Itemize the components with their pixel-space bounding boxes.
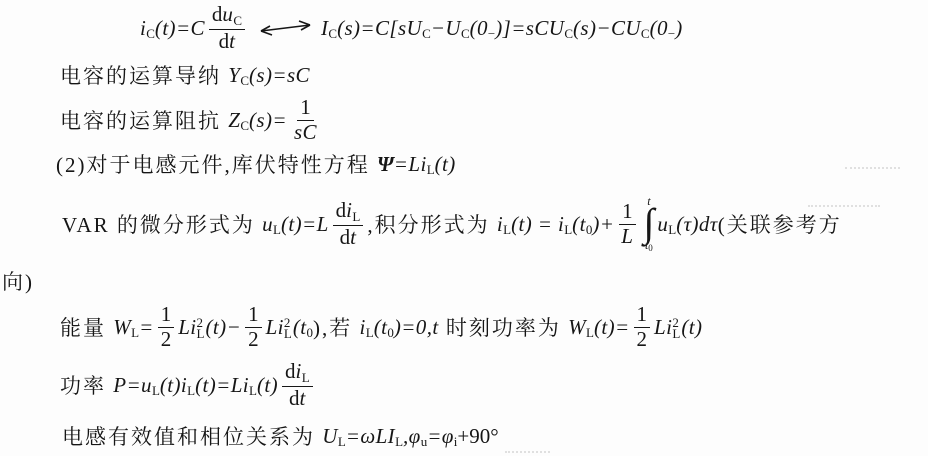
- subscript: L: [352, 209, 360, 224]
- math-token: +90°: [457, 424, 498, 449]
- text-line-inductor-energy: 能量 WL= 1 2 Li2L(t)− 1 2 Li2L(t0),若 iL(t0…: [60, 303, 702, 351]
- math-token: =Li: [394, 152, 427, 177]
- math-token: t: [350, 225, 356, 249]
- math-token: 1: [248, 302, 259, 326]
- math-token: (t)i: [160, 373, 187, 398]
- math-token: (t)=L: [281, 212, 329, 237]
- math-token: u: [657, 212, 668, 237]
- chinese-text: (关联参考方: [718, 209, 842, 239]
- chinese-text: 功率: [60, 370, 113, 400]
- math-token: (0: [470, 16, 488, 41]
- math-token: d: [219, 29, 230, 53]
- fraction-1-L: 1 L: [618, 200, 636, 247]
- subscript: L: [668, 222, 676, 238]
- math-token: Li: [178, 315, 196, 340]
- math-token: )+: [592, 212, 614, 237]
- math-token: d: [340, 225, 351, 249]
- math-token: 2: [161, 327, 172, 351]
- text-line-inductor-power: 功率 P=uL(t)iL(t)=LiL(t) diL dt: [60, 359, 317, 411]
- psi-symbol: Ψ: [377, 152, 394, 177]
- math-token: t: [229, 29, 235, 53]
- math-token: Z: [228, 108, 240, 133]
- subscript-minus: −: [488, 26, 495, 42]
- chinese-text: 向): [2, 266, 34, 296]
- math-token: d: [212, 2, 223, 26]
- transform-pair-arrow-icon: [257, 20, 313, 36]
- math-token: P=u: [113, 373, 152, 398]
- math-token: ,φ: [403, 424, 421, 449]
- math-token: (s)=C[sU: [337, 16, 422, 41]
- math-token: 1: [637, 302, 648, 326]
- math-token: (s)=: [249, 108, 287, 133]
- subscript: C: [240, 118, 249, 134]
- fraction-half: 1 2: [634, 303, 651, 350]
- subscript: C: [422, 26, 431, 42]
- scan-artifact: [505, 451, 550, 453]
- chinese-text: (2)对于电感元件,库伏特性方程: [56, 149, 377, 179]
- math-token: (t)=Li: [195, 373, 249, 398]
- subscript: C: [564, 26, 573, 42]
- math-token: (t)=C: [155, 16, 205, 41]
- subscript: C: [146, 26, 155, 42]
- integral-lower-limit: t0: [645, 239, 653, 253]
- scanned-textbook-page: { "colors": { "text": "#161616", "backgr…: [0, 0, 928, 456]
- math-token: t: [299, 386, 305, 410]
- math-token: d: [285, 359, 296, 383]
- fraction-half: 1 2: [245, 303, 262, 350]
- math-token: =: [139, 315, 154, 340]
- math-token: d: [289, 386, 300, 410]
- math-token: (0: [650, 16, 668, 41]
- math-token: d: [336, 198, 347, 222]
- math-token: U: [322, 424, 338, 449]
- fraction-1-sc: 1 sC: [291, 96, 320, 143]
- math-token: (τ)dτ: [676, 212, 718, 237]
- chinese-text: 电容的运算导纳: [60, 60, 228, 90]
- subscript: L: [302, 370, 310, 385]
- math-token: (t) = i: [511, 212, 564, 237]
- math-token: I: [321, 16, 328, 41]
- subscript: C: [233, 13, 242, 28]
- subscript: i: [454, 434, 458, 450]
- subscript: L: [273, 222, 281, 238]
- integral-with-limits: t ∫ t0: [643, 195, 654, 253]
- formula-line-capacitor-laplace: iC(t)=C duC dt IC(s)=C[sUC−UC(0−)]=sCUC(…: [140, 4, 683, 52]
- subscript-zero: 0: [387, 325, 394, 341]
- text-line-capacitor-admittance: 电容的运算导纳 YC(s)=sC: [60, 60, 310, 90]
- math-token: =φ: [427, 424, 454, 449]
- squared-sub-L: 2L: [197, 317, 205, 339]
- subscript: C: [328, 26, 337, 42]
- subscript: C: [641, 26, 650, 42]
- math-token: (t: [572, 212, 586, 237]
- subscript: L: [152, 383, 160, 399]
- math-token: 1: [622, 199, 633, 223]
- fraction-dil-dt: diL dt: [333, 199, 364, 248]
- chinese-text: VAR 的微分形式为: [62, 209, 262, 239]
- subscript: C: [240, 73, 249, 89]
- math-token: )]=sCU: [495, 16, 564, 41]
- scan-artifact: [845, 167, 900, 169]
- squared-sub-L: 2L: [672, 317, 680, 339]
- math-token: Li: [266, 315, 284, 340]
- subscript: L: [503, 222, 511, 238]
- subscript: L: [586, 325, 594, 341]
- subscript: C: [461, 26, 470, 42]
- fraction-dil-dt: diL dt: [282, 360, 313, 409]
- math-token: (s)−CU: [573, 16, 641, 41]
- fraction-half: 1 2: [158, 303, 175, 350]
- math-token: L: [621, 224, 633, 248]
- math-token: (t): [435, 152, 456, 177]
- math-token: =ωLI: [346, 424, 395, 449]
- chinese-text: 电感有效值和相位关系为: [62, 421, 322, 451]
- text-line-inductor-var: VAR 的微分形式为 uL(t)=L diL dt ,积分形式为 iL(t) =…: [62, 190, 842, 258]
- subscript: L: [427, 162, 435, 178]
- integral-sign: ∫: [643, 207, 654, 239]
- math-token: sC: [294, 120, 317, 144]
- subscript: L: [366, 325, 374, 341]
- text-line-capacitor-impedance: 电容的运算阻抗 ZC(s)= 1 sC: [60, 96, 324, 144]
- math-token: (s)=sC: [249, 63, 310, 88]
- chinese-text: 电容的运算阻抗: [60, 105, 228, 135]
- math-token: (t: [293, 315, 307, 340]
- subscript-zero: 0: [306, 325, 313, 341]
- math-token: (t): [681, 315, 702, 340]
- subscript: L: [564, 222, 572, 238]
- math-token: Y: [228, 63, 240, 88]
- chinese-text: 能量: [60, 312, 113, 342]
- math-token: u: [262, 212, 273, 237]
- subscript: L: [338, 434, 346, 450]
- text-line-continuation: 向): [2, 266, 34, 296]
- chinese-text: ),若: [313, 312, 360, 342]
- subscript: L: [131, 325, 139, 341]
- math-token: u: [222, 2, 233, 26]
- math-token: 1: [300, 95, 311, 119]
- chinese-text: ,积分形式为: [367, 209, 497, 239]
- math-token: (t)=: [594, 315, 630, 340]
- subscript: L: [395, 434, 403, 450]
- scan-artifact: [808, 205, 880, 207]
- math-token: (t): [257, 373, 278, 398]
- fraction-duc-dt: duC dt: [209, 3, 245, 52]
- subscript: u: [421, 434, 428, 450]
- math-token: 2: [248, 327, 259, 351]
- chinese-text: 时刻功率为: [439, 312, 569, 342]
- math-token: ): [675, 16, 682, 41]
- squared-sub-L: 2L: [284, 317, 292, 339]
- math-token: )=0,: [394, 315, 433, 340]
- math-token: (t: [374, 315, 388, 340]
- text-line-inductor-characteristic: (2)对于电感元件,库伏特性方程 Ψ=LiL(t): [56, 148, 456, 180]
- math-token: Li: [654, 315, 672, 340]
- subscript: L: [187, 383, 195, 399]
- text-line-inductor-rms-phase: 电感有效值和相位关系为 UL=ωLIL,φu=φi+90°: [62, 420, 499, 452]
- math-token: W: [568, 315, 586, 340]
- math-token: (t)−: [205, 315, 241, 340]
- math-token: W: [113, 315, 131, 340]
- math-token: 2: [637, 327, 648, 351]
- subscript-minus: −: [668, 26, 675, 42]
- math-token: −U: [431, 16, 461, 41]
- math-token: 1: [161, 302, 172, 326]
- subscript: L: [249, 383, 257, 399]
- subscript-zero: 0: [586, 222, 593, 238]
